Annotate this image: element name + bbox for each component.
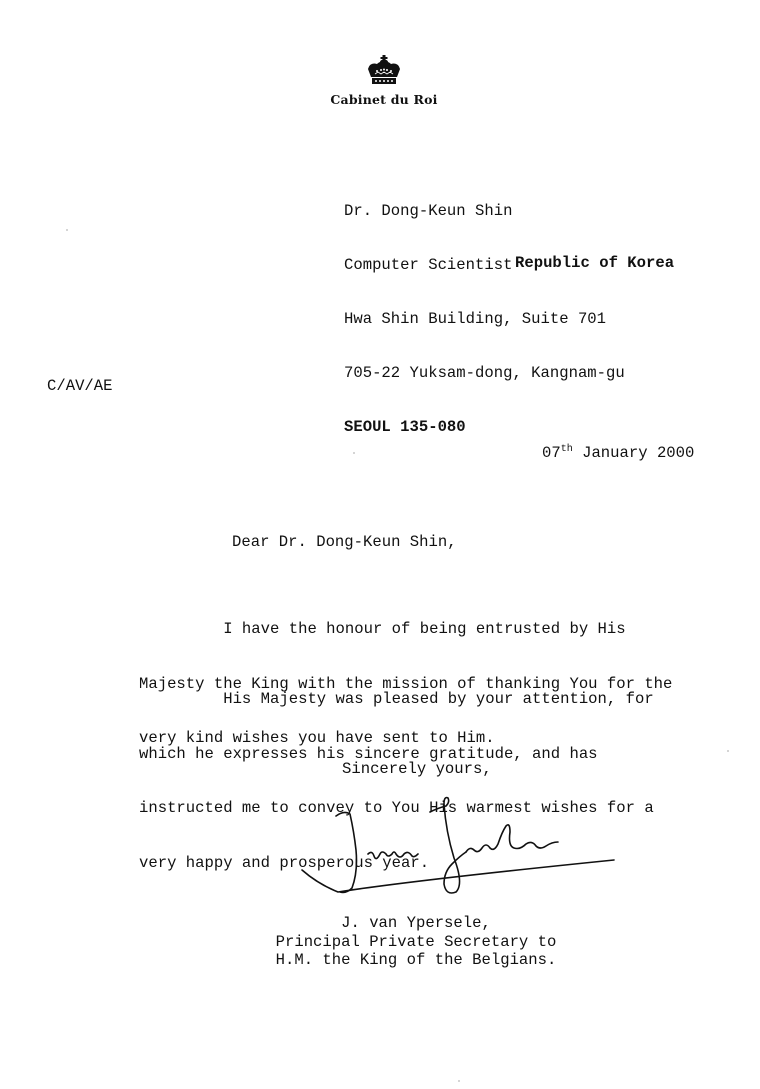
letter-date: 07th January 2000 [542,444,694,462]
date-ordinal-suffix: th [561,444,573,455]
recipient-city-postcode: SEOUL 135-080 [344,418,625,436]
salutation: Dear Dr. Dong-Keun Shin, [232,533,457,551]
paragraph-line: I have the honour of being entrusted by … [139,620,672,639]
recipient-address: Dr. Dong-Keun Shin Computer Scientist Hw… [344,166,625,454]
signer-name: J. van Ypersele, [236,914,596,933]
recipient-name: Dr. Dong-Keun Shin [344,202,625,220]
signer-title-1: Principal Private Secretary to [236,933,596,952]
recipient-country: Republic of Korea [515,254,674,272]
scan-speck [458,1080,460,1082]
handwritten-signature-icon [296,792,620,896]
date-month-year: January 2000 [573,444,695,462]
closing: Sincerely yours, [342,760,492,778]
royal-crown-icon [366,55,402,87]
scan-speck [353,452,355,454]
scan-speck [66,229,68,231]
reference-code: C/AV/AE [47,377,113,395]
recipient-street: 705-22 Yuksam-dong, Kangnam-gu [344,364,625,382]
recipient-building: Hwa Shin Building, Suite 701 [344,310,625,328]
signer-title-2: H.M. the King of the Belgians. [236,951,596,970]
signer-block: J. van Ypersele, Principal Private Secre… [236,914,596,970]
scan-speck [727,750,729,752]
paragraph-line: His Majesty was pleased by your attentio… [139,690,654,709]
letterhead-title: Cabinet du Roi [318,92,450,108]
date-day: 07 [542,444,561,462]
